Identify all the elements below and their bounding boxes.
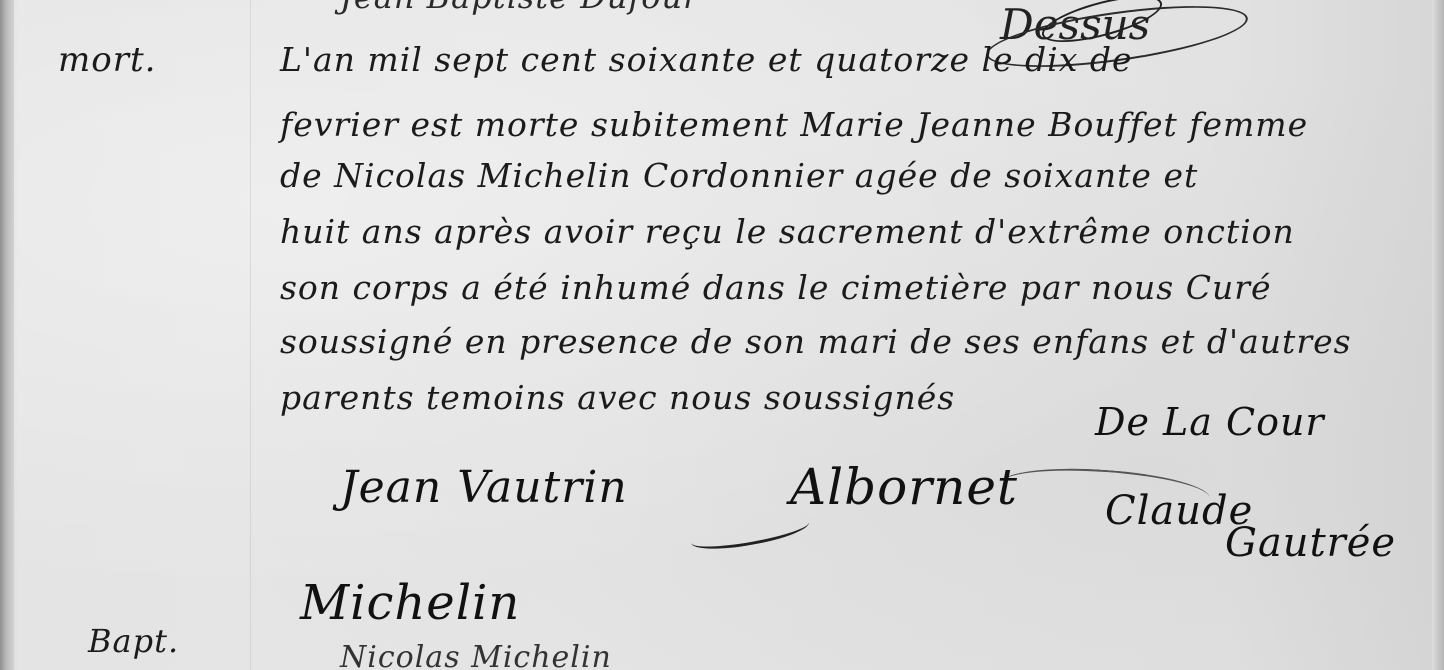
document-page: Jean Baptiste Dufour Dessus mort. L'an m… (0, 0, 1444, 670)
page-right-edge (1432, 0, 1444, 670)
record-line: soussigné en presence de son mari de ses… (280, 322, 1352, 361)
record-line: son corps a été inhumé dans le cimetière… (280, 268, 1272, 307)
next-entry-fragment: Nicolas Michelin (340, 640, 612, 670)
margin-rule (250, 0, 251, 670)
record-line: L'an mil sept cent soixante et quatorze … (280, 40, 1132, 79)
previous-entry-fragment: Jean Baptiste Dufour (340, 0, 699, 16)
record-line: parents temoins avec nous soussignés (280, 378, 955, 417)
record-line: de Nicolas Michelin Cordonnier agée de s… (280, 156, 1198, 195)
witness-signature: Michelin (300, 575, 520, 631)
witness-signature: Albornet (790, 458, 1018, 516)
margin-note-death: mort. (58, 40, 156, 80)
margin-note-baptism: Bapt. (88, 622, 179, 660)
page-binding-edge (0, 0, 14, 670)
record-line: huit ans après avoir reçu le sacrement d… (280, 212, 1295, 251)
signature-flourish (689, 510, 812, 555)
priest-signature: De La Cour (1095, 400, 1325, 444)
witness-signature: Gautrée (1225, 520, 1396, 566)
record-line: fevrier est morte subitement Marie Jeann… (280, 105, 1308, 144)
witness-signature: Jean Vautrin (340, 462, 628, 513)
